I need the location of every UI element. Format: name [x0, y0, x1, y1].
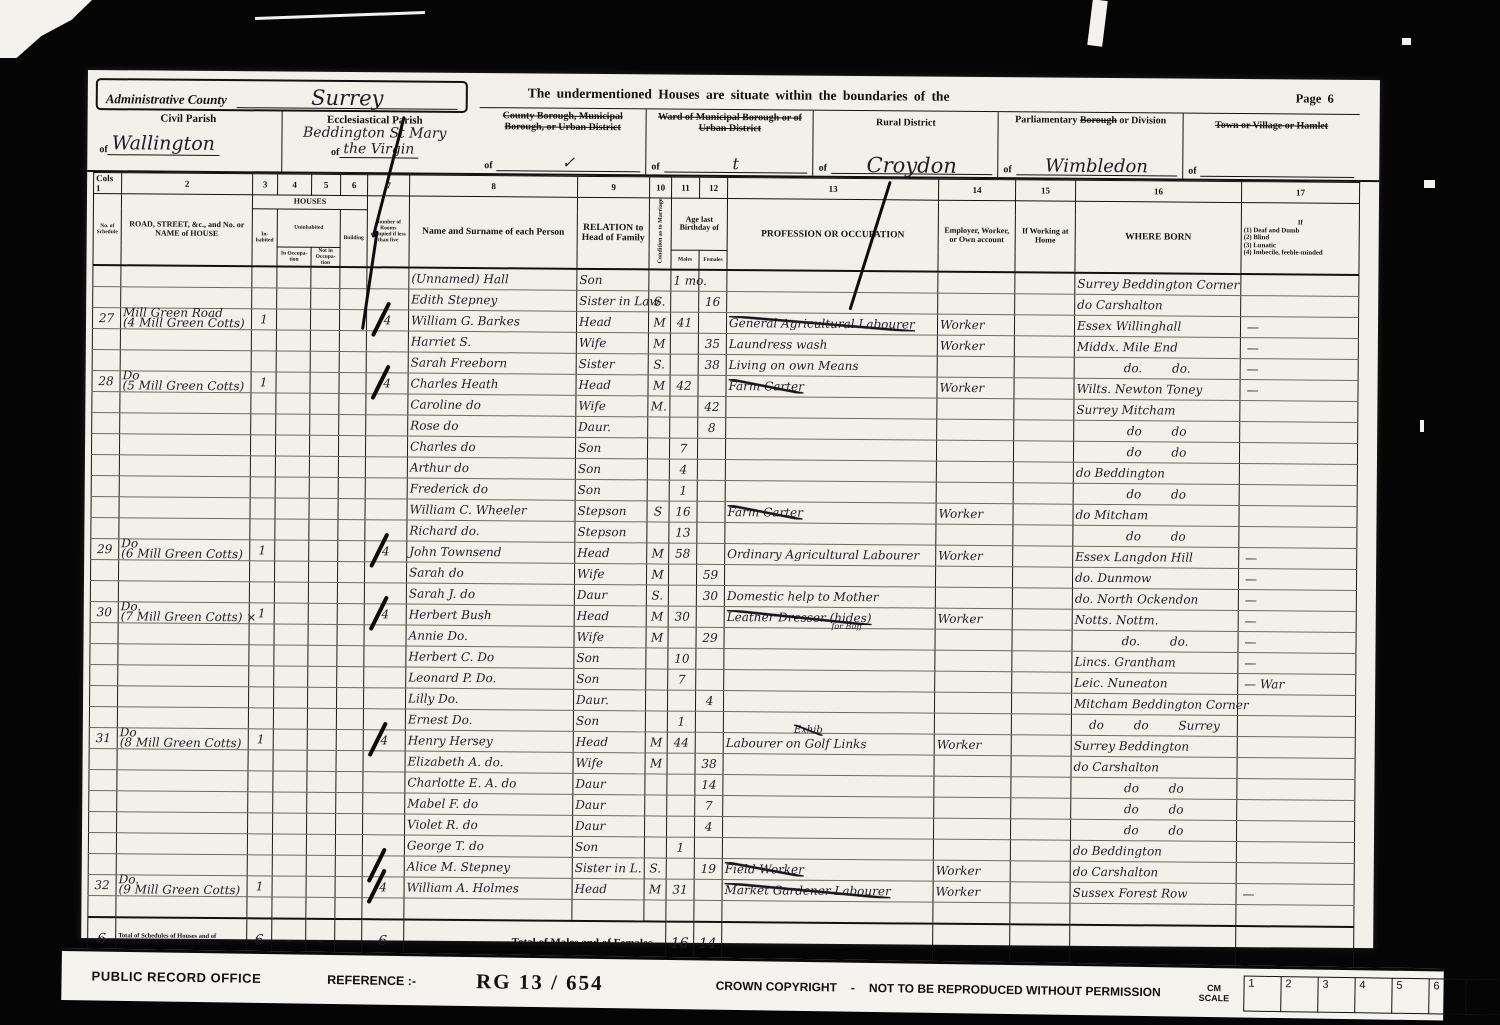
cell-uninhabited-in-occupation — [274, 645, 308, 666]
cell-building — [336, 708, 363, 729]
cell-uninhabited-in-occupation — [273, 750, 307, 771]
cell-inhabited — [250, 519, 275, 540]
cell-building — [336, 687, 363, 708]
cell-uninhabited-in-occupation — [272, 834, 306, 855]
cell-address — [118, 644, 249, 666]
cell-uninhabited-in-occupation — [275, 456, 309, 477]
cell-relation: Son — [572, 836, 644, 858]
cell-uninhabited-not-occupation — [311, 267, 340, 289]
cell-inhabited — [250, 435, 275, 456]
header-not-in-occupation: Not in Occupa-tion — [311, 247, 340, 267]
cell-uninhabited-not-occupation — [307, 792, 336, 813]
cell-where-born: Sussex Forest Row — [1070, 882, 1236, 904]
cell-age-male: 30 — [668, 606, 696, 627]
cell-infirmity — [1236, 841, 1354, 863]
cell-uninhabited-not-occupation — [309, 435, 338, 456]
cell-employer — [935, 629, 1012, 651]
cell-inhabited — [248, 771, 273, 792]
cell-address: Do.(7 Mill Green Cotts) × — [118, 602, 249, 624]
cell-where-born: do Carshalton — [1075, 294, 1241, 316]
cell-uninhabited-not-occupation — [308, 645, 337, 666]
cell-inhabited — [247, 855, 272, 876]
cell-occupation — [722, 837, 933, 860]
cell-employer — [936, 440, 1013, 462]
cell-infirmity — [1241, 274, 1359, 296]
civil-parish-cell: Civil Parish of Wallington — [95, 110, 282, 171]
cell-rooms: 4 — [364, 604, 406, 625]
cell-condition: M — [648, 333, 670, 354]
cell-condition — [647, 480, 669, 501]
cell-uninhabited-in-occupation — [274, 666, 308, 687]
cell-relation: Stepson — [575, 521, 647, 543]
cell-name: Mabel F. do — [405, 793, 573, 815]
cell-uninhabited-not-occupation — [308, 666, 337, 687]
cell-condition: M — [645, 732, 667, 753]
cell-uninhabited-in-occupation — [273, 708, 307, 729]
col-number: 13 — [728, 178, 939, 201]
cell-condition — [648, 417, 670, 438]
cell-uninhabited-in-occupation — [276, 330, 310, 351]
cell-building — [338, 456, 365, 477]
cell-inhabited — [251, 351, 276, 372]
cell-occupation: Market Gardener Labourer — [722, 879, 933, 902]
cell-infirmity: — — [1240, 358, 1358, 380]
cell-uninhabited-in-occupation — [272, 876, 306, 897]
cell-uninhabited-in-occupation — [275, 540, 309, 561]
cell-uninhabited-not-occupation — [309, 540, 338, 561]
cell-inhabited — [248, 687, 273, 708]
cell-working-at-home — [1011, 777, 1071, 798]
cell-building — [337, 666, 364, 687]
cell-relation: Head — [575, 542, 647, 564]
of-label: of — [99, 144, 107, 155]
cell-building — [337, 561, 364, 582]
cell-uninhabited-in-occupation — [276, 414, 310, 435]
header-in-occupation: In Occupa-tion — [277, 247, 311, 267]
cell-age-female — [697, 438, 725, 459]
cell-schedule-number — [91, 496, 119, 517]
cell-age-female — [694, 900, 722, 922]
cell-occupation — [723, 711, 934, 734]
cell-uninhabited-in-occupation — [274, 582, 308, 603]
cell-relation: Wife — [576, 395, 648, 417]
cell-inhabited — [248, 750, 273, 771]
reproduction-notice: NOT TO BE REPRODUCED WITHOUT PERMISSION — [869, 980, 1161, 998]
cell-working-at-home — [1011, 693, 1071, 714]
cell-age-male — [670, 333, 698, 354]
boundary-box-county-borough: County Borough, Municipal Borough, or Ur… — [479, 108, 647, 174]
cell-inhabited — [251, 414, 276, 435]
cell-age-female — [694, 837, 722, 858]
cell-address — [117, 770, 248, 792]
cell-uninhabited-in-occupation — [272, 897, 306, 919]
col-number: 12 — [700, 177, 728, 198]
cell-where-born: Essex Langdon Hill — [1073, 546, 1239, 568]
cell-infirmity: — — [1240, 379, 1358, 401]
cell-age-female: 35 — [698, 333, 726, 354]
cell-name: George T. do — [404, 835, 572, 857]
cell-uninhabited-not-occupation — [310, 330, 339, 351]
cell-infirmity — [1239, 484, 1357, 506]
cell-employer — [937, 419, 1014, 441]
boundary-box-value: Wimbledon — [1016, 158, 1178, 176]
cell-address — [118, 665, 249, 687]
cell-occupation: Field Worker — [722, 858, 933, 881]
cell-infirmity: — — [1238, 610, 1356, 632]
cell-employer — [935, 650, 1012, 672]
cell-uninhabited-not-occupation — [306, 897, 335, 919]
cell-uninhabited-in-occupation — [273, 729, 307, 750]
cell-age-male: 16 — [669, 501, 697, 522]
cell-occupation — [724, 648, 935, 671]
cell-age-male: 1 — [666, 837, 694, 858]
cell-age-male: 42 — [670, 375, 698, 396]
cell-inhabited — [248, 813, 273, 834]
cell-uninhabited-not-occupation — [308, 582, 337, 603]
cell-working-at-home — [1012, 609, 1072, 630]
cell-rooms — [363, 751, 405, 772]
cell-uninhabited-not-occupation — [311, 288, 340, 309]
cell-age-female: 4 — [695, 690, 723, 711]
cell-inhabited — [248, 792, 273, 813]
cell-employer — [936, 482, 1013, 504]
cell-schedule-number: 31 — [89, 727, 117, 748]
cell-working-at-home — [1015, 294, 1075, 315]
cell-building — [340, 267, 367, 289]
cell-working-at-home — [1015, 272, 1075, 294]
cell-schedule-number — [89, 769, 117, 790]
cell-working-at-home — [1013, 525, 1073, 546]
cell-relation: Wife — [574, 626, 646, 648]
cell-name: Annie Do. — [406, 625, 574, 647]
cell-condition — [645, 795, 667, 816]
cell-building — [336, 750, 363, 771]
cell-occupation — [724, 669, 935, 692]
cell-schedule-number — [88, 832, 116, 853]
cell-relation: Head — [574, 605, 646, 627]
cell-schedule-number: 30 — [90, 601, 118, 622]
cell-condition: M — [645, 753, 667, 774]
cell-age-female — [695, 732, 723, 753]
cell-infirmity — [1237, 778, 1355, 800]
ecclesiastical-parish-cell: Ecclesiastical Parish Beddington St Mary… — [282, 112, 468, 173]
cell-address — [116, 896, 247, 919]
reference-value: RG 13 / 654 — [476, 969, 604, 996]
cell-where-born: do Mitcham — [1073, 504, 1239, 526]
cell-age-male — [666, 858, 694, 879]
cell-building — [337, 603, 364, 624]
cell-age-male: 1 — [667, 711, 695, 732]
cell-infirmity: — War — [1238, 673, 1356, 695]
cell-schedule-number — [89, 790, 117, 811]
cell-age-male — [667, 690, 695, 711]
cell-uninhabited-not-occupation — [307, 813, 336, 834]
cell-rooms — [363, 793, 405, 814]
cell-building — [339, 372, 366, 393]
public-record-office-label: PUBLIC RECORD OFFICE — [91, 968, 261, 986]
cell-rooms: 4 — [363, 730, 405, 751]
cell-employer: Worker — [936, 503, 1013, 525]
cell-age-female — [696, 669, 724, 690]
cell-age-female — [697, 459, 725, 480]
cell-where-born: do. Dunmow — [1072, 567, 1238, 589]
cell-employer — [938, 272, 1015, 294]
cell-relation: Son — [574, 647, 646, 669]
cell-schedule-number: 28 — [92, 370, 120, 391]
cell-occupation — [722, 900, 933, 923]
header-profession: PROFESSION OR OCCUPATION — [727, 199, 939, 272]
cell-infirmity: — — [1239, 547, 1357, 569]
cell-uninhabited-not-occupation — [308, 561, 337, 582]
cell-where-born: do do — [1074, 420, 1240, 442]
boundary-box-value: t — [664, 156, 808, 174]
cell-age-male — [667, 753, 695, 774]
cell-employer — [936, 524, 1013, 546]
cell-infirmity — [1240, 400, 1358, 422]
cell-relation: Daur — [573, 773, 645, 795]
cell-employer — [933, 902, 1010, 924]
cell-building — [337, 624, 364, 645]
cell-relation: Sister — [576, 353, 648, 375]
cell-condition: M — [647, 543, 669, 564]
cell-condition: M — [644, 879, 666, 900]
cell-age-female — [695, 711, 723, 732]
cell-working-at-home — [1011, 756, 1071, 777]
cell-inhabited — [250, 456, 275, 477]
cell-rooms — [362, 898, 404, 920]
cell-inhabited — [249, 624, 274, 645]
scale-cell: 5 — [1391, 977, 1429, 1014]
cell-name: Herbert Bush — [406, 604, 574, 626]
cell-rooms — [363, 814, 405, 835]
cell-inhabited: 1 — [247, 876, 272, 897]
cell-relation: Son — [573, 710, 645, 732]
cell-building — [339, 414, 366, 435]
cell-building — [336, 771, 363, 792]
cell-employer — [936, 461, 1013, 483]
cell-schedule-number — [89, 706, 117, 727]
cell-uninhabited-not-occupation — [307, 687, 336, 708]
cell-uninhabited-in-occupation — [273, 687, 307, 708]
cell-occupation — [725, 459, 936, 482]
cell-employer: Worker — [937, 377, 1014, 399]
cell-age-male — [667, 795, 695, 816]
cell-name: William G. Barkes — [408, 310, 576, 332]
table-header: Cols 1 2 3 4 5 6 7 8 9 10 11 12 13 14 15… — [93, 173, 1360, 275]
cell-building — [340, 288, 367, 309]
cell-name: Richard do. — [407, 520, 575, 542]
cell-name: Arthur do — [407, 457, 575, 479]
cell-infirmity — [1236, 904, 1354, 926]
cell-condition — [647, 522, 669, 543]
cell-condition: M — [646, 606, 668, 627]
parish-row: Civil Parish of Wallington Ecclesiastica… — [95, 110, 467, 173]
cell-employer — [935, 671, 1012, 693]
col-number: 6 — [341, 174, 368, 195]
cell-working-at-home — [1013, 441, 1073, 462]
cell-uninhabited-not-occupation — [309, 456, 338, 477]
col-number: 9 — [578, 176, 650, 198]
cell-uninhabited-in-occupation — [275, 477, 309, 498]
header-relation: RELATION to Head of Family — [577, 197, 650, 269]
cell-where-born: do do — [1073, 441, 1239, 463]
cell-employer — [934, 797, 1011, 819]
cell-address — [120, 329, 251, 351]
cell-inhabited: 1 — [248, 729, 273, 750]
cell-age-female: 38 — [695, 753, 723, 774]
cell-occupation — [722, 816, 933, 839]
cell-rooms: 4 — [365, 541, 407, 562]
cell-working-at-home — [1013, 462, 1073, 483]
cell-age-female — [694, 879, 722, 900]
cell-working-at-home — [1011, 714, 1071, 735]
cell-uninhabited-not-occupation — [309, 519, 338, 540]
col-number: 17 — [1241, 182, 1359, 204]
cell-infirmity: — — [1240, 316, 1358, 338]
cell-where-born: do do — [1071, 777, 1237, 799]
cell-relation: Sister in Law — [577, 290, 649, 312]
header-age-group: Age last Birthday of — [671, 198, 727, 250]
cell-infirmity — [1237, 757, 1355, 779]
header-working-at-home: If Working at Home — [1015, 201, 1076, 273]
cell-occupation — [727, 291, 938, 314]
cell-address — [119, 476, 250, 498]
cell-address — [118, 686, 249, 708]
cell-occupation: Ordinary Agricultural Labourer — [725, 543, 936, 566]
cell-building — [336, 729, 363, 750]
cell-condition: S. — [646, 585, 668, 606]
cell-condition: M — [646, 627, 668, 648]
cell-address — [119, 455, 250, 477]
cell-name: Alice M. Stepney — [404, 856, 572, 878]
boundary-box-value: ✓ — [497, 154, 641, 172]
cell-where-born: do Carshalton — [1070, 861, 1236, 883]
header-where-born: WHERE BORN — [1075, 201, 1242, 274]
cell-schedule-number — [91, 433, 119, 454]
cell-address — [120, 413, 251, 435]
cell-schedule-number — [93, 286, 121, 307]
header-name: Name and Surname of each Person — [409, 196, 578, 269]
cell-condition — [647, 459, 669, 480]
cell-employer: Worker — [933, 881, 1010, 903]
cell-name: Charles do — [407, 436, 575, 458]
cell-uninhabited-in-occupation — [274, 561, 308, 582]
cell-building — [335, 897, 362, 919]
cell-name: John Townsend — [407, 541, 575, 563]
crown-copyright-label: CROWN COPYRIGHT — [716, 978, 838, 994]
scale-cell: 4 — [1354, 977, 1392, 1014]
cell-schedule-number — [92, 349, 120, 370]
form-header: Administrative County Surrey Civil Paris… — [87, 70, 1380, 182]
cell-employer — [934, 692, 1011, 714]
cell-name: Henry Hersey — [405, 730, 573, 752]
cell-address — [119, 434, 250, 456]
cell-inhabited — [249, 666, 274, 687]
cell-uninhabited-in-occupation — [274, 624, 308, 645]
cell-age-female — [697, 480, 725, 501]
cell-occupation: Living on own Means — [726, 354, 937, 377]
cell-name: Frederick do — [407, 478, 575, 500]
cell-where-born: Essex Willinghall — [1074, 315, 1240, 337]
cell-schedule-number — [90, 685, 118, 706]
cell-infirmity — [1237, 694, 1355, 716]
cell-name: Rose do — [408, 415, 576, 437]
cell-uninhabited-in-occupation — [274, 603, 308, 624]
cell-occupation: General Agricultural Labourer — [726, 312, 937, 335]
cell-age-male — [666, 816, 694, 837]
cell-uninhabited-not-occupation — [309, 477, 338, 498]
cell-employer — [933, 818, 1010, 840]
cell-age-female: 59 — [696, 564, 724, 585]
boundary-box-town-village: Town or Village or Hamlet of — [1183, 114, 1360, 180]
cell-rooms — [363, 688, 405, 709]
cell-where-born: do. do. — [1072, 630, 1238, 652]
cell-occupation — [723, 774, 934, 797]
cell-age-female: 29 — [696, 627, 724, 648]
cell-where-born: do. North Ockendon — [1072, 588, 1238, 610]
cell-address — [120, 392, 251, 414]
cell-address — [116, 833, 247, 855]
boundary-box-value — [1201, 176, 1355, 178]
cell-occupation — [725, 522, 936, 545]
cell-occupation — [725, 438, 936, 461]
header-employer: Employer, Worker, or Own account — [938, 200, 1016, 272]
cell-where-born: Surrey Beddington — [1071, 735, 1237, 757]
cell-address: Do(5 Mill Green Cotts) — [120, 371, 251, 393]
cell-employer: Worker — [937, 314, 1014, 336]
cell-address — [118, 623, 249, 645]
cell-age-male — [666, 900, 694, 922]
cell-age-male: 7 — [668, 669, 696, 690]
cell-condition — [644, 837, 666, 858]
cell-employer — [937, 356, 1014, 378]
ecclesiastical-parish-value-2: the Virgin — [339, 141, 418, 159]
cell-name: Charlotte E. A. do — [405, 772, 573, 794]
cell-where-born: Surrey Beddington Corner — [1075, 273, 1241, 296]
cell-address — [118, 560, 249, 582]
cell-inhabited: 1 — [251, 309, 276, 330]
cell-rooms: 4 — [366, 310, 408, 331]
dash: - — [851, 980, 855, 994]
cell-occupation — [726, 396, 937, 419]
cell-uninhabited-in-occupation — [275, 498, 309, 519]
cell-working-at-home — [1012, 567, 1072, 588]
cell-schedule-number — [91, 475, 119, 496]
cell-uninhabited-not-occupation — [309, 498, 338, 519]
cell-condition — [645, 711, 667, 732]
cell-relation: Daur — [572, 815, 644, 837]
cell-where-born: do do — [1070, 819, 1236, 841]
cell-schedule-number — [90, 664, 118, 685]
civil-parish-label: Civil Parish — [100, 112, 278, 125]
cell-occupation — [727, 270, 938, 293]
header-females: Females — [699, 250, 727, 270]
cell-building — [338, 477, 365, 498]
cell-employer — [938, 293, 1015, 315]
cell-rooms — [364, 667, 406, 688]
cell-relation: Head — [576, 374, 648, 396]
cell-schedule-number — [90, 559, 118, 580]
cell-rooms: 4 — [362, 877, 404, 898]
col-number: 4 — [278, 174, 312, 195]
cell-infirmity — [1239, 463, 1357, 485]
cell-occupation — [726, 417, 937, 440]
cell-condition — [646, 669, 668, 690]
cell-where-born: Mitcham Beddington Corner — [1071, 693, 1237, 715]
col-number: 10 — [650, 177, 672, 198]
cell-rooms — [366, 394, 408, 415]
scanned-census-image: Administrative County Surrey Civil Paris… — [0, 0, 1500, 1025]
